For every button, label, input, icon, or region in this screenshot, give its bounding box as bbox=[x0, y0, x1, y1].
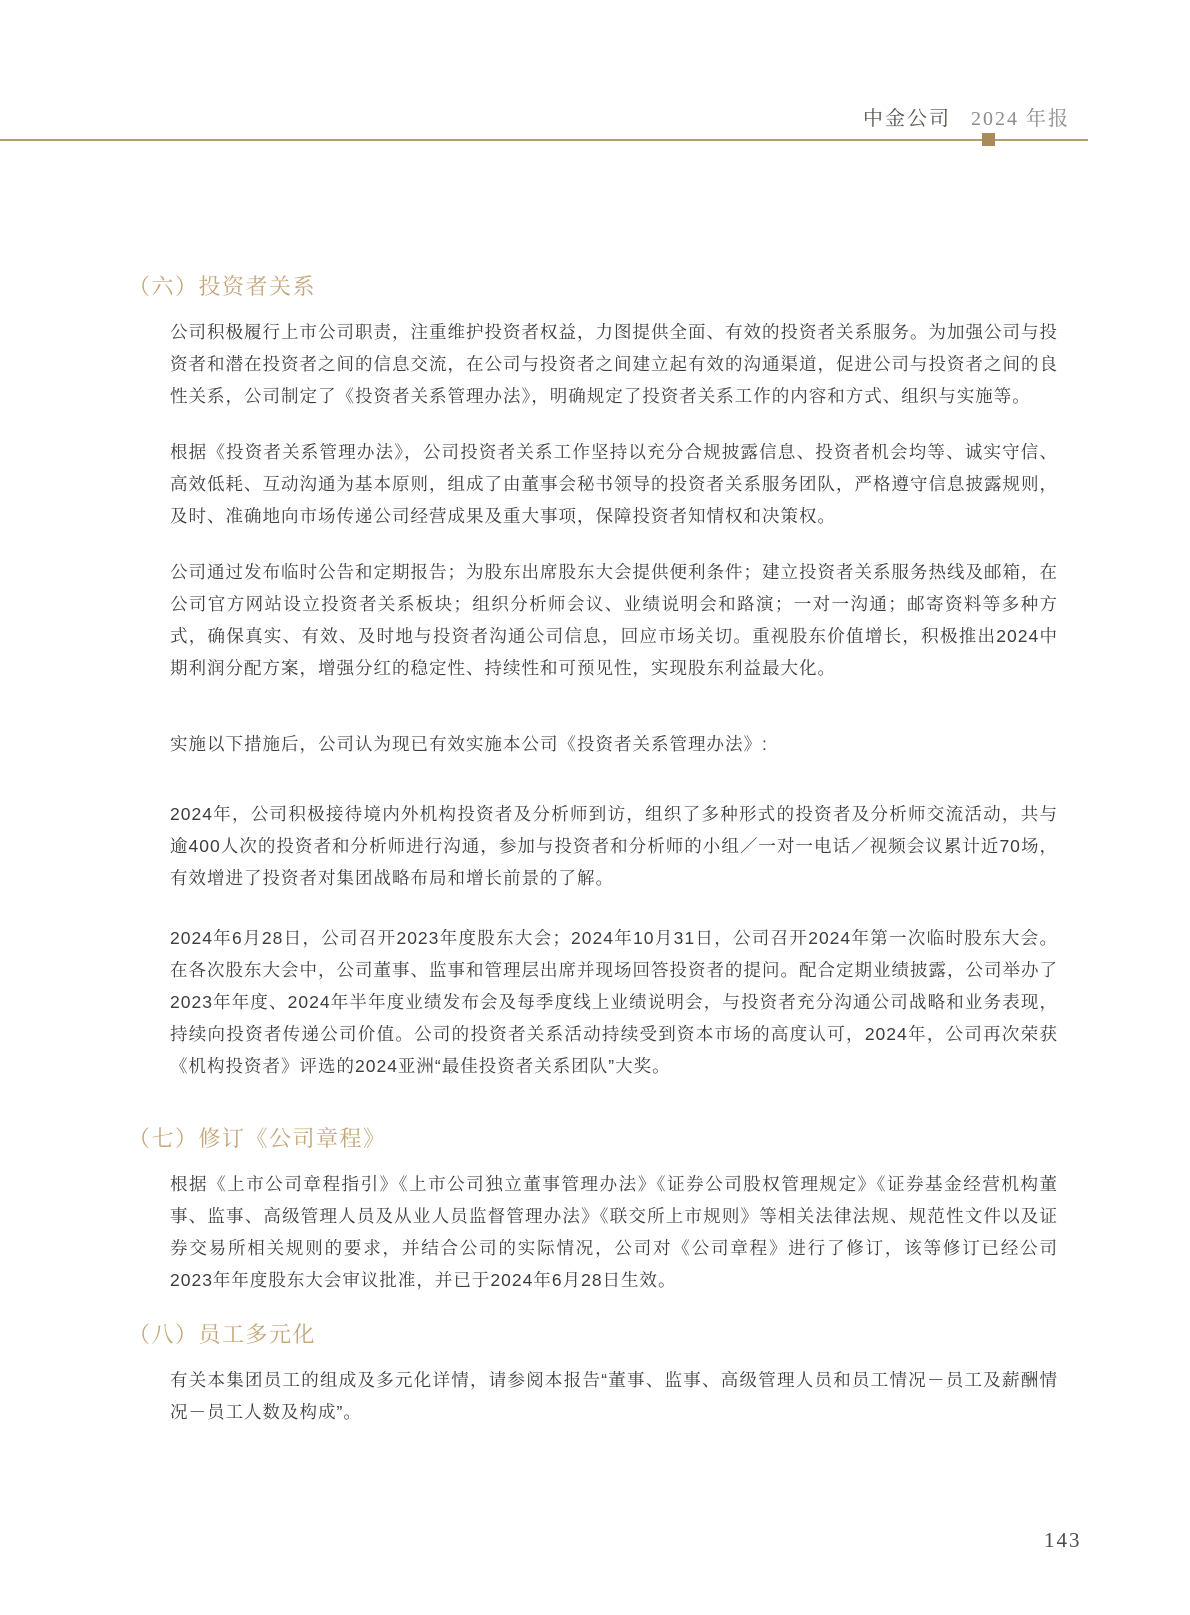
report-page: 中金公司2024 年报 （六）投资者关系 公司积极履行上市公司职责，注重维护投资… bbox=[0, 0, 1190, 1615]
header-report-label: 2024 年报 bbox=[971, 108, 1070, 130]
section-heading-investor-relations: （六）投资者关系 bbox=[128, 272, 1058, 302]
paragraph-investor-relations-5: 2024年，公司积极接待境内外机构投资者及分析师到访，组织了多种形式的投资者及分… bbox=[128, 798, 1058, 894]
paragraph-articles-amendment-1: 根据《上市公司章程指引》《上市公司独立董事管理办法》《证券公司股权管理规定》《证… bbox=[128, 1168, 1058, 1296]
header-rule bbox=[0, 139, 1088, 141]
section-heading-employee-diversity: （八）员工多元化 bbox=[128, 1320, 1058, 1350]
header-company-name: 中金公司 bbox=[863, 108, 951, 130]
paragraph-investor-relations-3: 公司通过发布临时公告和定期报告；为股东出席股东大会提供便利条件；建立投资者关系服… bbox=[128, 556, 1058, 684]
paragraph-investor-relations-4: 实施以下措施后，公司认为现已有效实施本公司《投资者关系管理办法》: bbox=[128, 728, 1058, 760]
paragraph-employee-diversity-1: 有关本集团员工的组成及多元化详情，请参阅本报告“董事、监事、高级管理人员和员工情… bbox=[128, 1364, 1058, 1428]
header-rule-square-marker bbox=[982, 133, 995, 146]
section-heading-articles-amendment: （七）修订《公司章程》 bbox=[128, 1124, 1058, 1154]
paragraph-investor-relations-2: 根据《投资者关系管理办法》，公司投资者关系工作坚持以充分合规披露信息、投资者机会… bbox=[128, 436, 1058, 532]
page-number: 143 bbox=[1044, 1528, 1082, 1553]
page-header: 中金公司2024 年报 bbox=[0, 106, 1070, 132]
page-content: （六）投资者关系 公司积极履行上市公司职责，注重维护投资者权益，力图提供全面、有… bbox=[128, 272, 1058, 1428]
paragraph-investor-relations-6: 2024年6月28日，公司召开2023年度股东大会；2024年10月31日，公司… bbox=[128, 922, 1058, 1082]
paragraph-investor-relations-1: 公司积极履行上市公司职责，注重维护投资者权益，力图提供全面、有效的投资者关系服务… bbox=[128, 316, 1058, 412]
